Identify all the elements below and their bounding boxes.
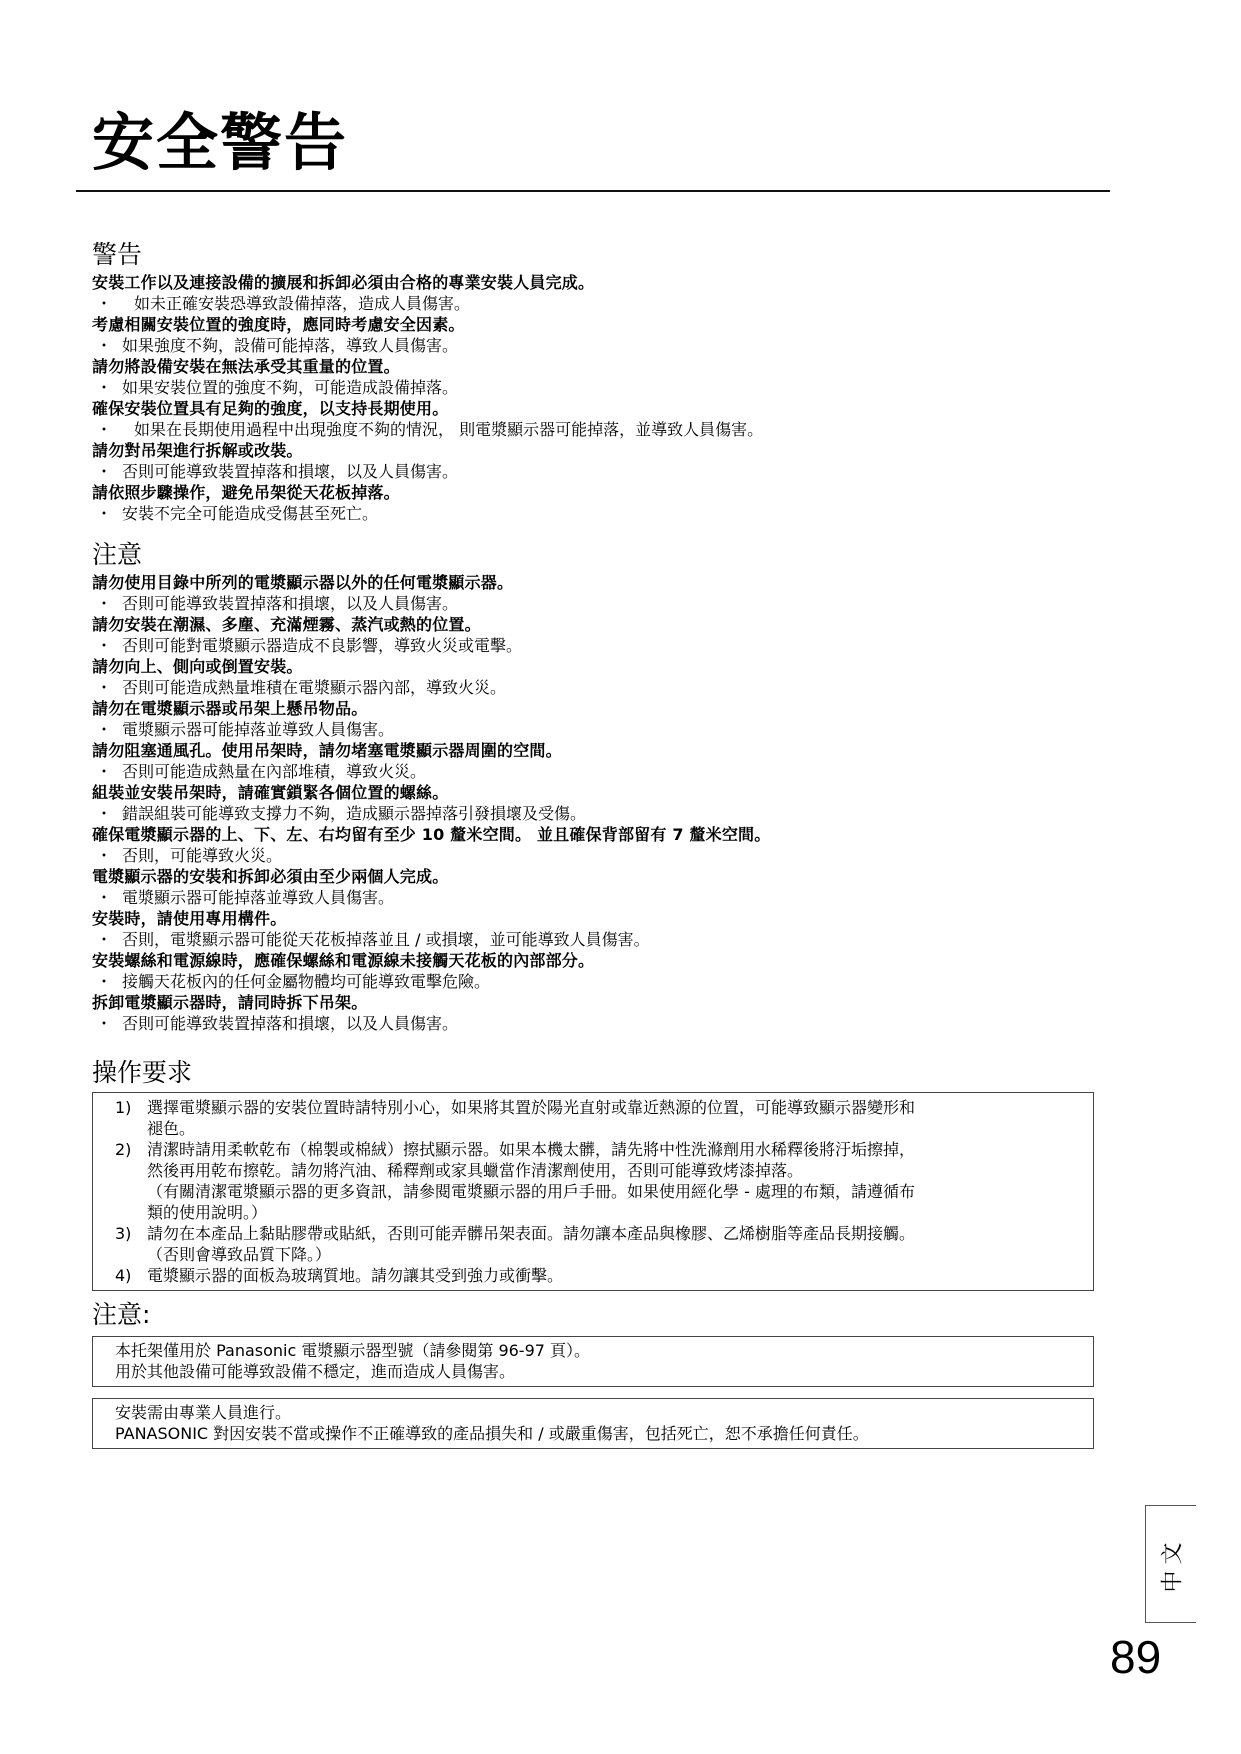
warning-item-text: 請勿對吊架進行拆解或改裝。	[92, 440, 1112, 461]
caution-item-text: 組裝並安裝吊架時，請確實鎖緊各個位置的螺絲。	[92, 782, 1112, 803]
note-line: 本托架僅用於 Panasonic 電漿顯示器型號（請參閱第 96-97 頁）。	[115, 1340, 1079, 1361]
caution-item-text: 拆卸電漿顯示器時，請同時拆下吊架。	[92, 992, 1112, 1013]
warning-item-text: 確保安裝位置具有足夠的強度，以支持長期使用。	[92, 398, 1112, 419]
caution-item-consequence: 否則可能導致裝置掉落和損壞，以及人員傷害。	[122, 593, 458, 614]
warning-item-consequence: 如果在長期使用過程中出現強度不夠的情況， 則電漿顯示器可能掉落，並導致人員傷害。	[134, 419, 763, 440]
warning-item-consequence: 如果安裝位置的強度不夠，可能造成設備掉落。	[122, 377, 458, 398]
requirement-item: 1)選擇電漿顯示器的安裝位置時請特別小心，如果將其置於陽光直射或靠近熱源的位置，…	[115, 1097, 1083, 1139]
language-tab: 中文	[1145, 1505, 1196, 1623]
warning-item: 考慮相關安裝位置的強度時，應同時考慮安全因素。 ・如果強度不夠，設備可能掉落，導…	[92, 314, 1112, 356]
caution-item-consequence: 否則可能導致裝置掉落和損壞，以及人員傷害。	[122, 1013, 458, 1034]
caution-item: 電漿顯示器的安裝和拆卸必須由至少兩個人完成。 ・電漿顯示器可能掉落並導致人員傷害…	[92, 866, 1112, 908]
caution-item: 請勿阻塞通風孔。使用吊架時，請勿堵塞電漿顯示器周圍的空間。 ・否則可能造成熱量在…	[92, 740, 1112, 782]
warning-item: 請勿將設備安裝在無法承受其重量的位置。 ・如果安裝位置的強度不夠，可能造成設備掉…	[92, 356, 1112, 398]
caution-item: 請勿使用目錄中所列的電漿顯示器以外的任何電漿顯示器。 ・否則可能導致裝置掉落和損…	[92, 572, 1112, 614]
caution-item-consequence: 否則可能造成熱量在內部堆積，導致火災。	[122, 761, 426, 782]
bullet-icon: ・	[92, 503, 122, 524]
liability-note-box: 安裝需由專業人員進行。 PANASONIC 對因安裝不當或操作不正確導致的產品損…	[92, 1398, 1094, 1449]
caution-item: 請勿向上、側向或倒置安裝。 ・否則可能造成熱量堆積在電漿顯示器內部，導致火災。	[92, 656, 1112, 698]
bullet-icon: ・	[92, 803, 122, 824]
caution-item-text: 請勿安裝在潮濕、多塵、充滿煙霧、蒸汽或熱的位置。	[92, 614, 1112, 635]
caution-item: 確保電漿顯示器的上、下、左、右均留有至少 10 釐米空間。 並且確保背部留有 7…	[92, 824, 1112, 866]
warning-heading: 警告	[92, 240, 1112, 270]
caution-item: 拆卸電漿顯示器時，請同時拆下吊架。 ・否則可能導致裝置掉落和損壞，以及人員傷害。	[92, 992, 1112, 1034]
caution-heading: 注意	[92, 540, 1112, 570]
requirement-item: 4)電漿顯示器的面板為玻璃質地。請勿讓其受到強力或衝擊。	[115, 1265, 1083, 1286]
caution-item: 組裝並安裝吊架時，請確實鎖緊各個位置的螺絲。 ・錯誤組裝可能導致支撐力不夠，造成…	[92, 782, 1112, 824]
caution-item: 安裝螺絲和電源線時，應確保螺絲和電源線未接觸天花板的內部部分。 ・接觸天花板內的…	[92, 950, 1112, 992]
bullet-icon: ・	[92, 845, 122, 866]
page-title: 安全警告	[92, 112, 348, 174]
caution-item-consequence: 否則，電漿顯示器可能從天花板掉落並且 / 或損壞，並可能導致人員傷害。	[122, 929, 650, 950]
warning-item-text: 請勿將設備安裝在無法承受其重量的位置。	[92, 356, 1112, 377]
caution-item-consequence: 錯誤組裝可能導致支撐力不夠，造成顯示器掉落引發損壞及受傷。	[122, 803, 586, 824]
bullet-icon: ・	[92, 719, 122, 740]
caution-item: 請勿安裝在潮濕、多塵、充滿煙霧、蒸汽或熱的位置。 ・否則可能對電漿顯示器造成不良…	[92, 614, 1112, 656]
warning-item-consequence: 如未正確安裝恐導致設備掉落，造成人員傷害。	[134, 293, 470, 314]
bullet-icon: ・	[92, 635, 122, 656]
warning-item-consequence: 安裝不完全可能造成受傷甚至死亡。	[122, 503, 378, 524]
caution-item-text: 請勿在電漿顯示器或吊架上懸吊物品。	[92, 698, 1112, 719]
compatibility-note-box: 本托架僅用於 Panasonic 電漿顯示器型號（請參閱第 96-97 頁）。 …	[92, 1336, 1094, 1387]
bullet-icon: ・	[92, 419, 134, 440]
warning-section: 警告 安裝工作以及連接設備的擴展和拆卸必須由合格的專業安裝人員完成。 ・如未正確…	[92, 240, 1112, 524]
note-heading: 注意:	[92, 1300, 1112, 1330]
warning-item-text: 請依照步驟操作，避免吊架從天花板掉落。	[92, 482, 1112, 503]
caution-item: 安裝時，請使用專用構件。 ・否則，電漿顯示器可能從天花板掉落並且 / 或損壞，並…	[92, 908, 1112, 950]
bullet-icon: ・	[92, 761, 122, 782]
caution-item-consequence: 否則可能對電漿顯示器造成不良影響，導致火災或電擊。	[122, 635, 522, 656]
note-line: 用於其他設備可能導致設備不穩定，進而造成人員傷害。	[115, 1361, 1079, 1382]
caution-item-text: 電漿顯示器的安裝和拆卸必須由至少兩個人完成。	[92, 866, 1112, 887]
requirement-item: 2) 清潔時請用柔軟乾布（棉製或棉絨）擦拭顯示器。如果本機太髒，請先將中性洗滌劑…	[115, 1139, 1083, 1223]
warning-item-text: 考慮相關安裝位置的強度時，應同時考慮安全因素。	[92, 314, 1112, 335]
requirement-number: 1)	[115, 1097, 147, 1118]
requirement-item: 3)請勿在本產品上黏貼膠帶或貼紙，否則可能弄髒吊架表面。請勿讓本產品與橡膠、乙烯…	[115, 1223, 1083, 1265]
requirements-box: 1)選擇電漿顯示器的安裝位置時請特別小心，如果將其置於陽光直射或靠近熱源的位置，…	[92, 1092, 1094, 1291]
warning-item: 請勿對吊架進行拆解或改裝。 ・否則可能導致裝置掉落和損壞，以及人員傷害。	[92, 440, 1112, 482]
bullet-icon: ・	[92, 461, 122, 482]
requirement-number: 2)	[115, 1139, 147, 1160]
warning-item-text: 安裝工作以及連接設備的擴展和拆卸必須由合格的專業安裝人員完成。	[92, 272, 1112, 293]
requirements-section: 操作要求	[92, 1058, 1112, 1090]
caution-item-text: 請勿使用目錄中所列的電漿顯示器以外的任何電漿顯示器。	[92, 572, 1112, 593]
bullet-icon: ・	[92, 593, 122, 614]
bullet-icon: ・	[92, 929, 122, 950]
language-tab-label: 中文	[1156, 1536, 1187, 1592]
caution-item-text: 請勿向上、側向或倒置安裝。	[92, 656, 1112, 677]
caution-item-consequence: 電漿顯示器可能掉落並導致人員傷害。	[122, 719, 394, 740]
bullet-icon: ・	[92, 887, 122, 908]
bullet-icon: ・	[92, 1013, 122, 1034]
bullet-icon: ・	[92, 377, 122, 398]
bullet-icon: ・	[92, 335, 122, 356]
warning-item-consequence: 如果強度不夠，設備可能掉落，導致人員傷害。	[122, 335, 458, 356]
caution-item-consequence: 接觸天花板內的任何金屬物體均可能導致電擊危險。	[122, 971, 490, 992]
note-line: PANASONIC 對因安裝不當或操作不正確導致的產品損失和 / 或嚴重傷害，包…	[115, 1423, 1079, 1444]
caution-item-text: 安裝時，請使用專用構件。	[92, 908, 1112, 929]
page-number: 89	[1110, 1630, 1161, 1684]
title-divider	[76, 190, 1110, 192]
caution-section: 注意 請勿使用目錄中所列的電漿顯示器以外的任何電漿顯示器。 ・否則可能導致裝置掉…	[92, 540, 1112, 1034]
warning-item: 安裝工作以及連接設備的擴展和拆卸必須由合格的專業安裝人員完成。 ・如未正確安裝恐…	[92, 272, 1112, 314]
requirement-number: 4)	[115, 1265, 147, 1286]
warning-item-consequence: 否則可能導致裝置掉落和損壞，以及人員傷害。	[122, 461, 458, 482]
bullet-icon: ・	[92, 677, 122, 698]
warning-item: 請依照步驟操作，避免吊架從天花板掉落。 ・安裝不完全可能造成受傷甚至死亡。	[92, 482, 1112, 524]
bullet-icon: ・	[92, 971, 122, 992]
caution-item-text: 請勿阻塞通風孔。使用吊架時，請勿堵塞電漿顯示器周圍的空間。	[92, 740, 1112, 761]
requirements-heading: 操作要求	[92, 1058, 1112, 1088]
note-section: 注意:	[92, 1300, 1112, 1332]
bullet-icon: ・	[92, 293, 134, 314]
caution-item-text: 安裝螺絲和電源線時，應確保螺絲和電源線未接觸天花板的內部部分。	[92, 950, 1112, 971]
requirement-number: 3)	[115, 1223, 147, 1244]
caution-item-consequence: 電漿顯示器可能掉落並導致人員傷害。	[122, 887, 394, 908]
caution-item: 請勿在電漿顯示器或吊架上懸吊物品。 ・電漿顯示器可能掉落並導致人員傷害。	[92, 698, 1112, 740]
caution-item-text: 確保電漿顯示器的上、下、左、右均留有至少 10 釐米空間。 並且確保背部留有 7…	[92, 824, 1112, 845]
warning-item: 確保安裝位置具有足夠的強度，以支持長期使用。 ・如果在長期使用過程中出現強度不夠…	[92, 398, 1112, 440]
note-line: 安裝需由專業人員進行。	[115, 1402, 1079, 1423]
caution-item-consequence: 否則，可能導致火災。	[122, 845, 282, 866]
caution-item-consequence: 否則可能造成熱量堆積在電漿顯示器內部，導致火災。	[122, 677, 506, 698]
